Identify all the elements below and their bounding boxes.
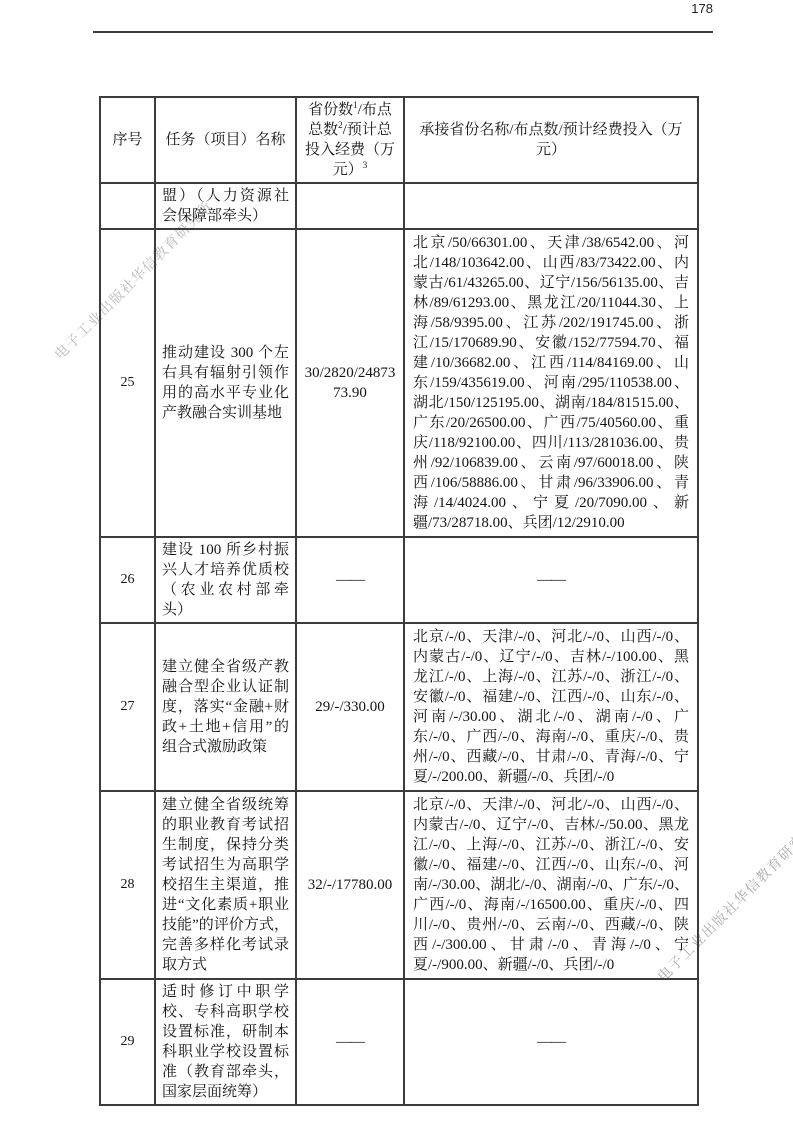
header-task-name: 任务（项目）名称 [155, 97, 296, 183]
totals-cell: —— [296, 537, 404, 623]
row-no-cell: 27 [100, 623, 155, 791]
row-no-cell [100, 183, 155, 229]
totals-cell: 30/2820/2487373.90 [296, 229, 404, 537]
row-no-cell: 25 [100, 229, 155, 537]
provinces-cell [404, 183, 698, 229]
totals-cell [296, 183, 404, 229]
task-name-cell: 建立健全省级统筹的职业教育考试招生制度，保持分类考试招生为高职学校招生主渠道，推… [155, 791, 296, 979]
row-no-cell: 29 [100, 979, 155, 1105]
header-rule [93, 31, 713, 33]
provinces-cell: 北京/50/66301.00、天津/38/6542.00、河北/148/1036… [404, 229, 698, 537]
header-no: 序号 [100, 97, 155, 183]
totals-cell: 29/-/330.00 [296, 623, 404, 791]
provinces-cell: —— [404, 537, 698, 623]
table-row: 28 建立健全省级统筹的职业教育考试招生制度，保持分类考试招生为高职学校招生主渠… [100, 791, 698, 979]
table-header-row: 序号 任务（项目）名称 省份数1/布点总数2/预计总投入经费（万元）3 承接省份… [100, 97, 698, 183]
totals-cell: 32/-/17780.00 [296, 791, 404, 979]
table-row: 盟）（人力资源社会保障部牵头） [100, 183, 698, 229]
task-name-cell: 推动建设 300 个左右具有辐射引领作用的高水平专业化产教融合实训基地 [155, 229, 296, 537]
footnote-ref-3: 3 [363, 160, 368, 170]
table-row: 25 推动建设 300 个左右具有辐射引领作用的高水平专业化产教融合实训基地 3… [100, 229, 698, 537]
task-name-cell: 盟）（人力资源社会保障部牵头） [155, 183, 296, 229]
provinces-cell: 北京/-/0、天津/-/0、河北/-/0、山西/-/0、内蒙古/-/0、辽宁/-… [404, 791, 698, 979]
page-number: 178 [683, 1, 713, 16]
header-totals: 省份数1/布点总数2/预计总投入经费（万元）3 [296, 97, 404, 183]
provinces-cell: —— [404, 979, 698, 1105]
provinces-cell: 北京/-/0、天津/-/0、河北/-/0、山西/-/0、内蒙古/-/0、辽宁/-… [404, 623, 698, 791]
task-table: 序号 任务（项目）名称 省份数1/布点总数2/预计总投入经费（万元）3 承接省份… [99, 96, 699, 1106]
row-no-cell: 26 [100, 537, 155, 623]
task-name-cell: 建设 100 所乡村振兴人才培养优质校（农业农村部牵头） [155, 537, 296, 623]
totals-cell: —— [296, 979, 404, 1105]
header-totals-text: 省份数 [308, 102, 353, 118]
table-row: 26 建设 100 所乡村振兴人才培养优质校（农业农村部牵头） —— —— [100, 537, 698, 623]
task-name-cell: 建立健全省级产教融合型企业认证制度，落实“金融+财政+土地+信用”的组合式激励政… [155, 623, 296, 791]
row-no-cell: 28 [100, 791, 155, 979]
table-row: 27 建立健全省级产教融合型企业认证制度，落实“金融+财政+土地+信用”的组合式… [100, 623, 698, 791]
header-provinces: 承接省份名称/布点数/预计经费投入（万元） [404, 97, 698, 183]
task-name-cell: 适时修订中职学校、专科高职学校设置标准，研制本科职业学校设置标准（教育部牵头，国… [155, 979, 296, 1105]
document-page: 178 电子工业出版社华信教育研究所 电子工业出版社华信教育研究所 序号 任务（… [0, 0, 793, 1122]
table-row: 29 适时修订中职学校、专科高职学校设置标准，研制本科职业学校设置标准（教育部牵… [100, 979, 698, 1105]
